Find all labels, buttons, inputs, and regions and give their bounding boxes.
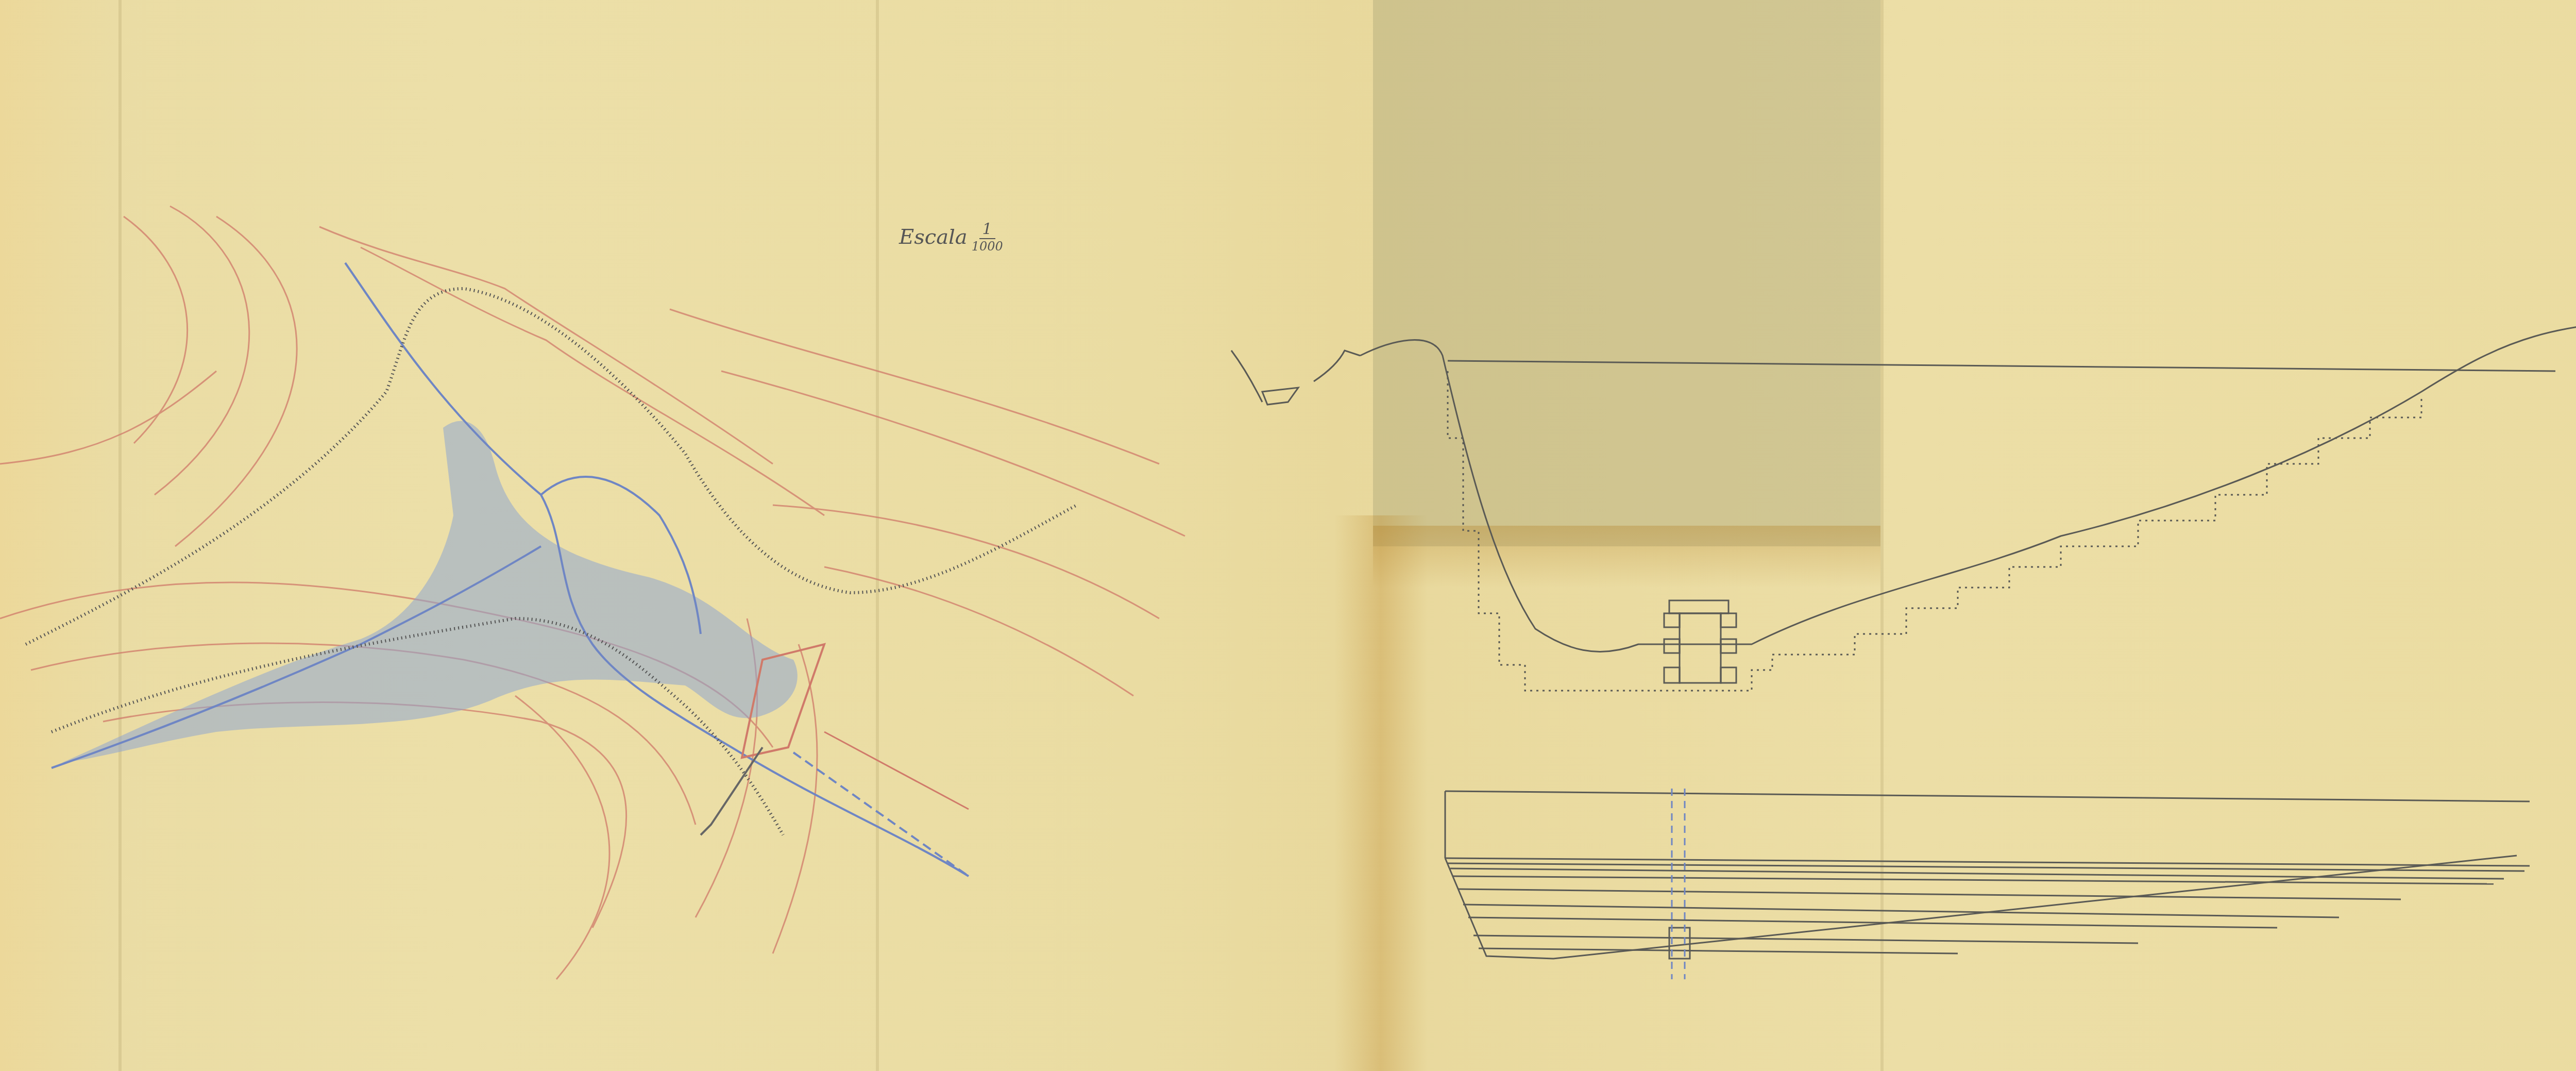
site-plan	[0, 206, 1185, 979]
small-sketch	[1231, 350, 1360, 405]
valley-cross-section	[1231, 320, 2576, 691]
reservoir-area	[62, 421, 798, 763]
masonry-outlet	[1664, 600, 1736, 683]
drawings-canvas	[0, 0, 2576, 1071]
excavation-steps	[1448, 371, 2421, 691]
dam-plan-elevation	[1445, 789, 2530, 979]
water-level-line	[1448, 361, 2555, 371]
